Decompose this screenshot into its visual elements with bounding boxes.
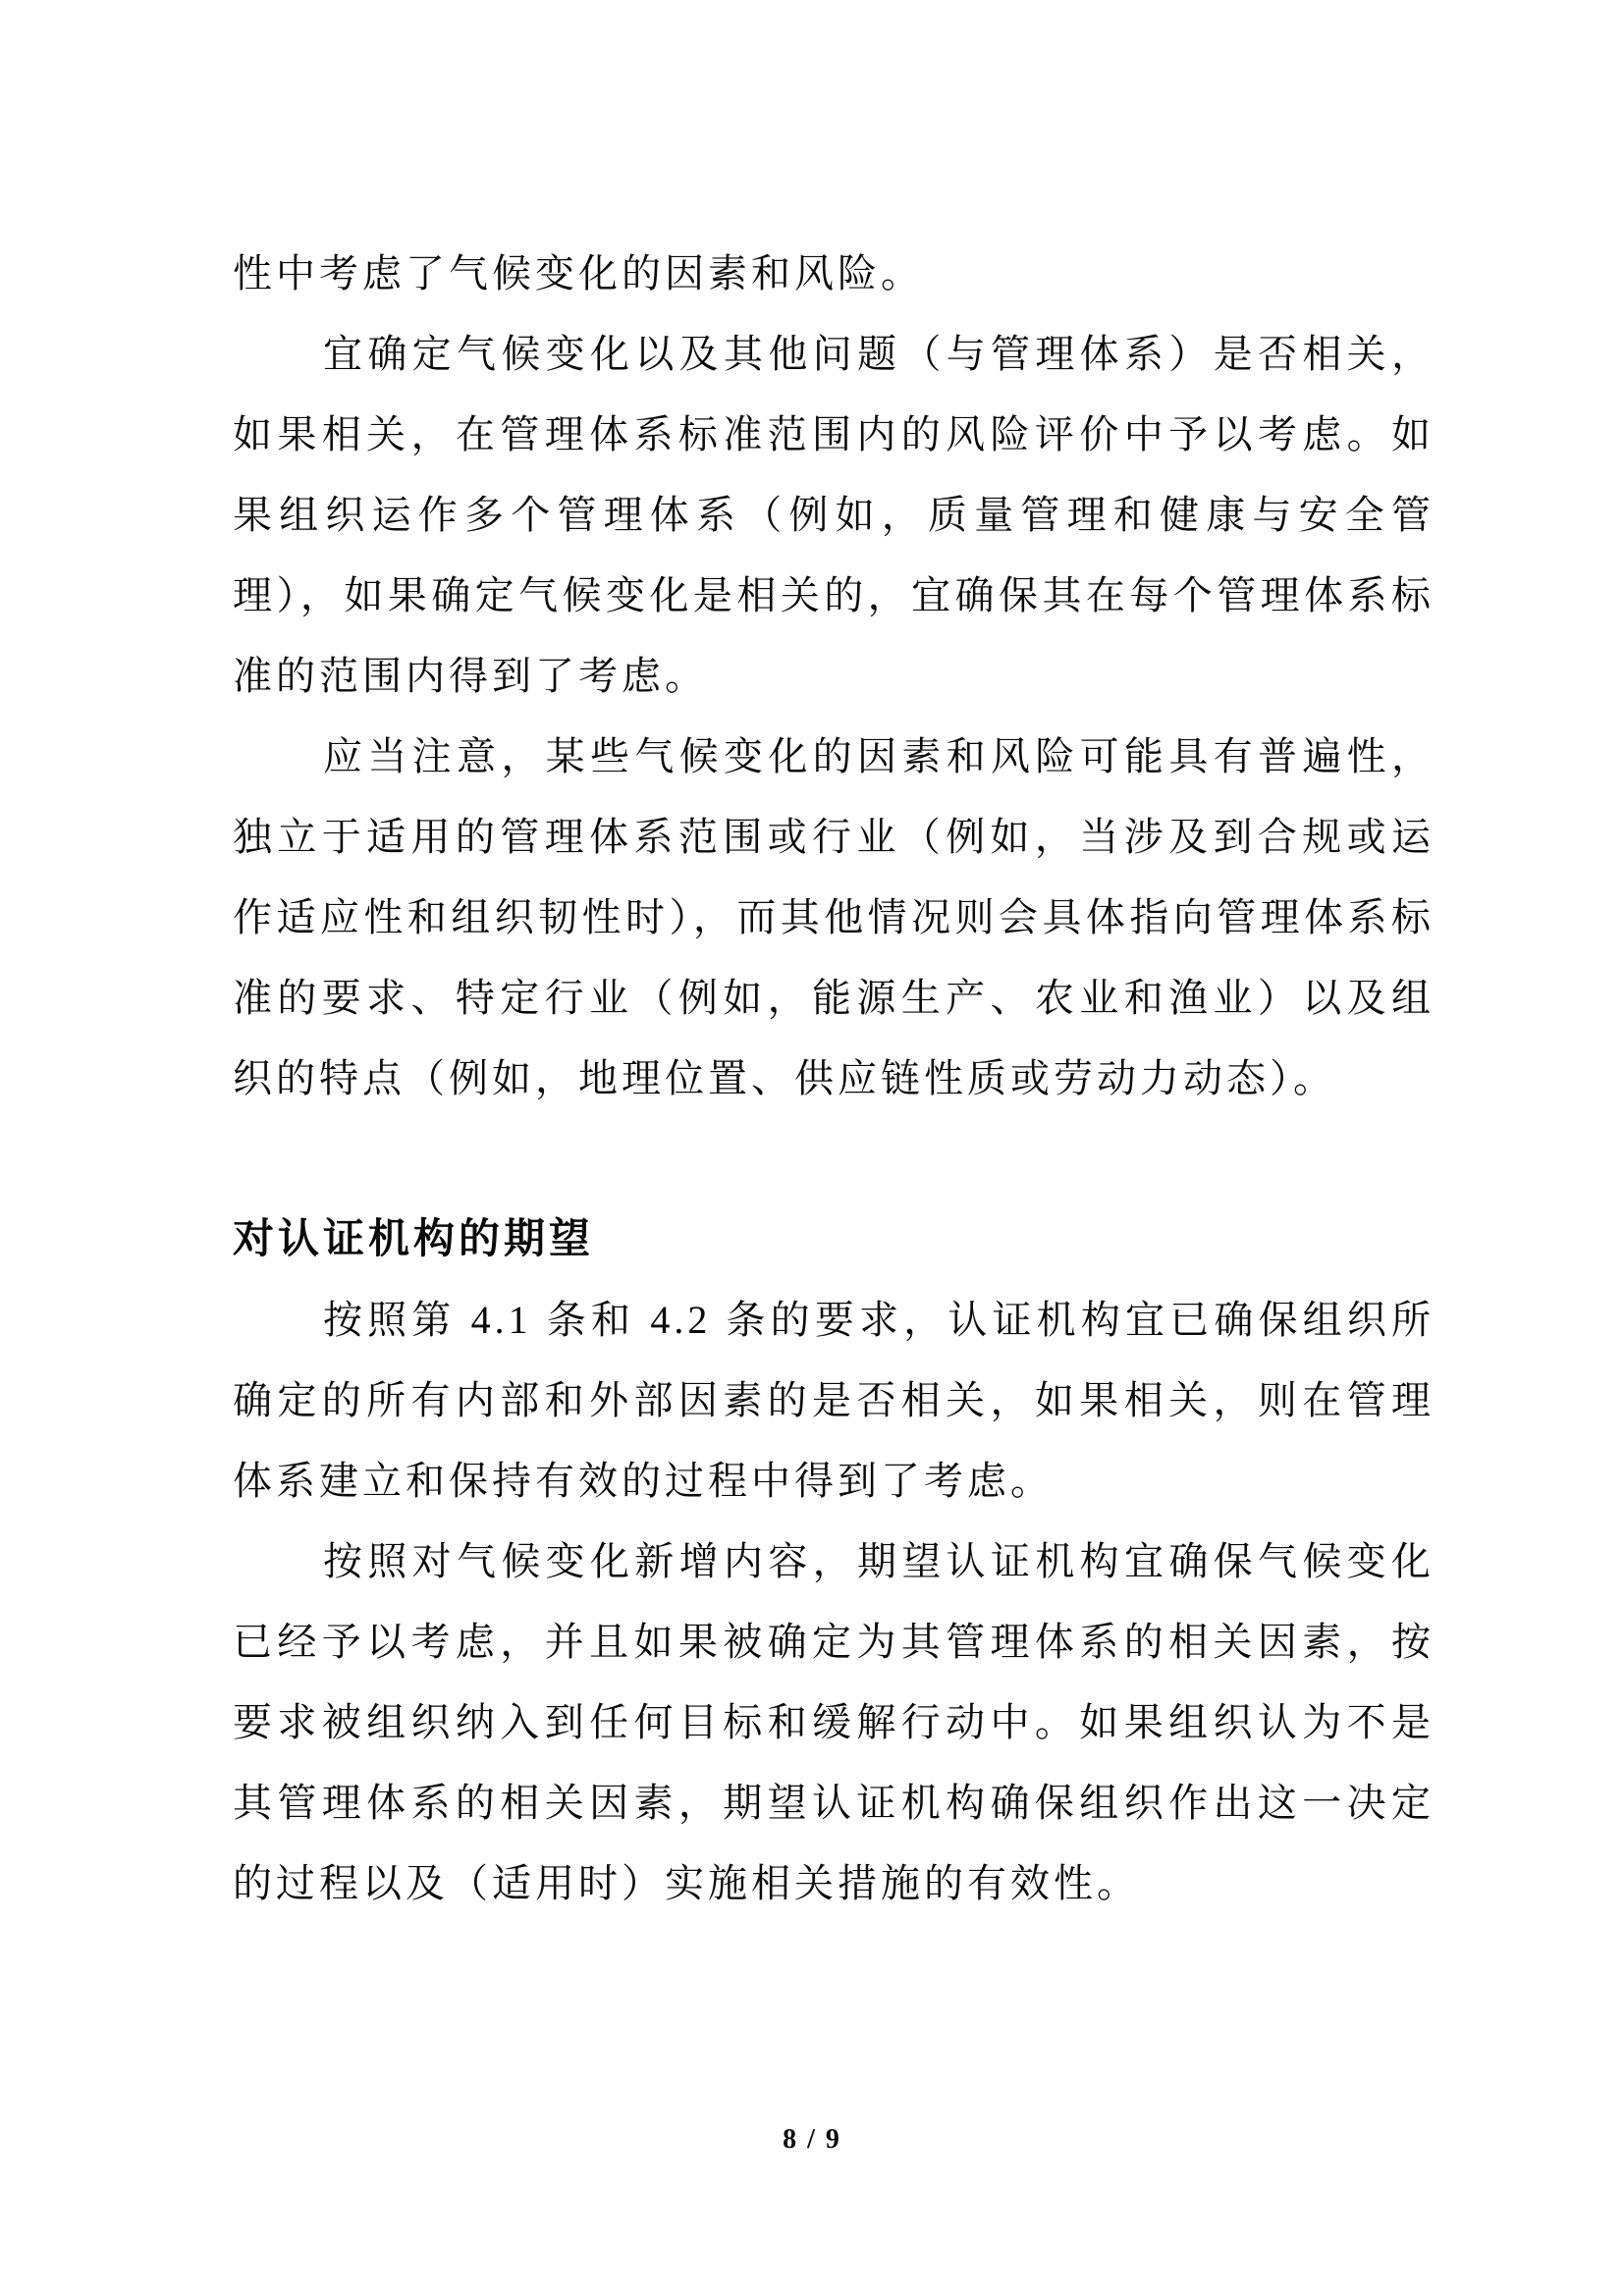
page-number: 8 / 9 xyxy=(0,2120,1624,2160)
page-body-text: 性中考虑了气候变化的因素和风险。 宜确定气候变化以及其他问题（与管理体系）是否相… xyxy=(233,234,1435,1924)
paragraph: 按照第 4.1 条和 4.2 条的要求，认证机构宜已确保组织所确定的所有内部和外… xyxy=(233,1280,1435,1522)
paragraph: 按照对气候变化新增内容，期望认证机构宜确保气候变化已经予以考虑，并且如果被确定为… xyxy=(233,1522,1435,1924)
document-page: 性中考虑了气候变化的因素和风险。 宜确定气候变化以及其他问题（与管理体系）是否相… xyxy=(0,0,1624,2296)
section-heading: 对认证机构的期望 xyxy=(233,1200,1435,1280)
paragraph-continuation: 性中考虑了气候变化的因素和风险。 xyxy=(233,234,1435,314)
paragraph: 应当注意，某些气候变化的因素和风险可能具有普遍性，独立于适用的管理体系范围或行业… xyxy=(233,717,1435,1119)
paragraph: 宜确定气候变化以及其他问题（与管理体系）是否相关，如果相关，在管理体系标准范围内… xyxy=(233,314,1435,717)
